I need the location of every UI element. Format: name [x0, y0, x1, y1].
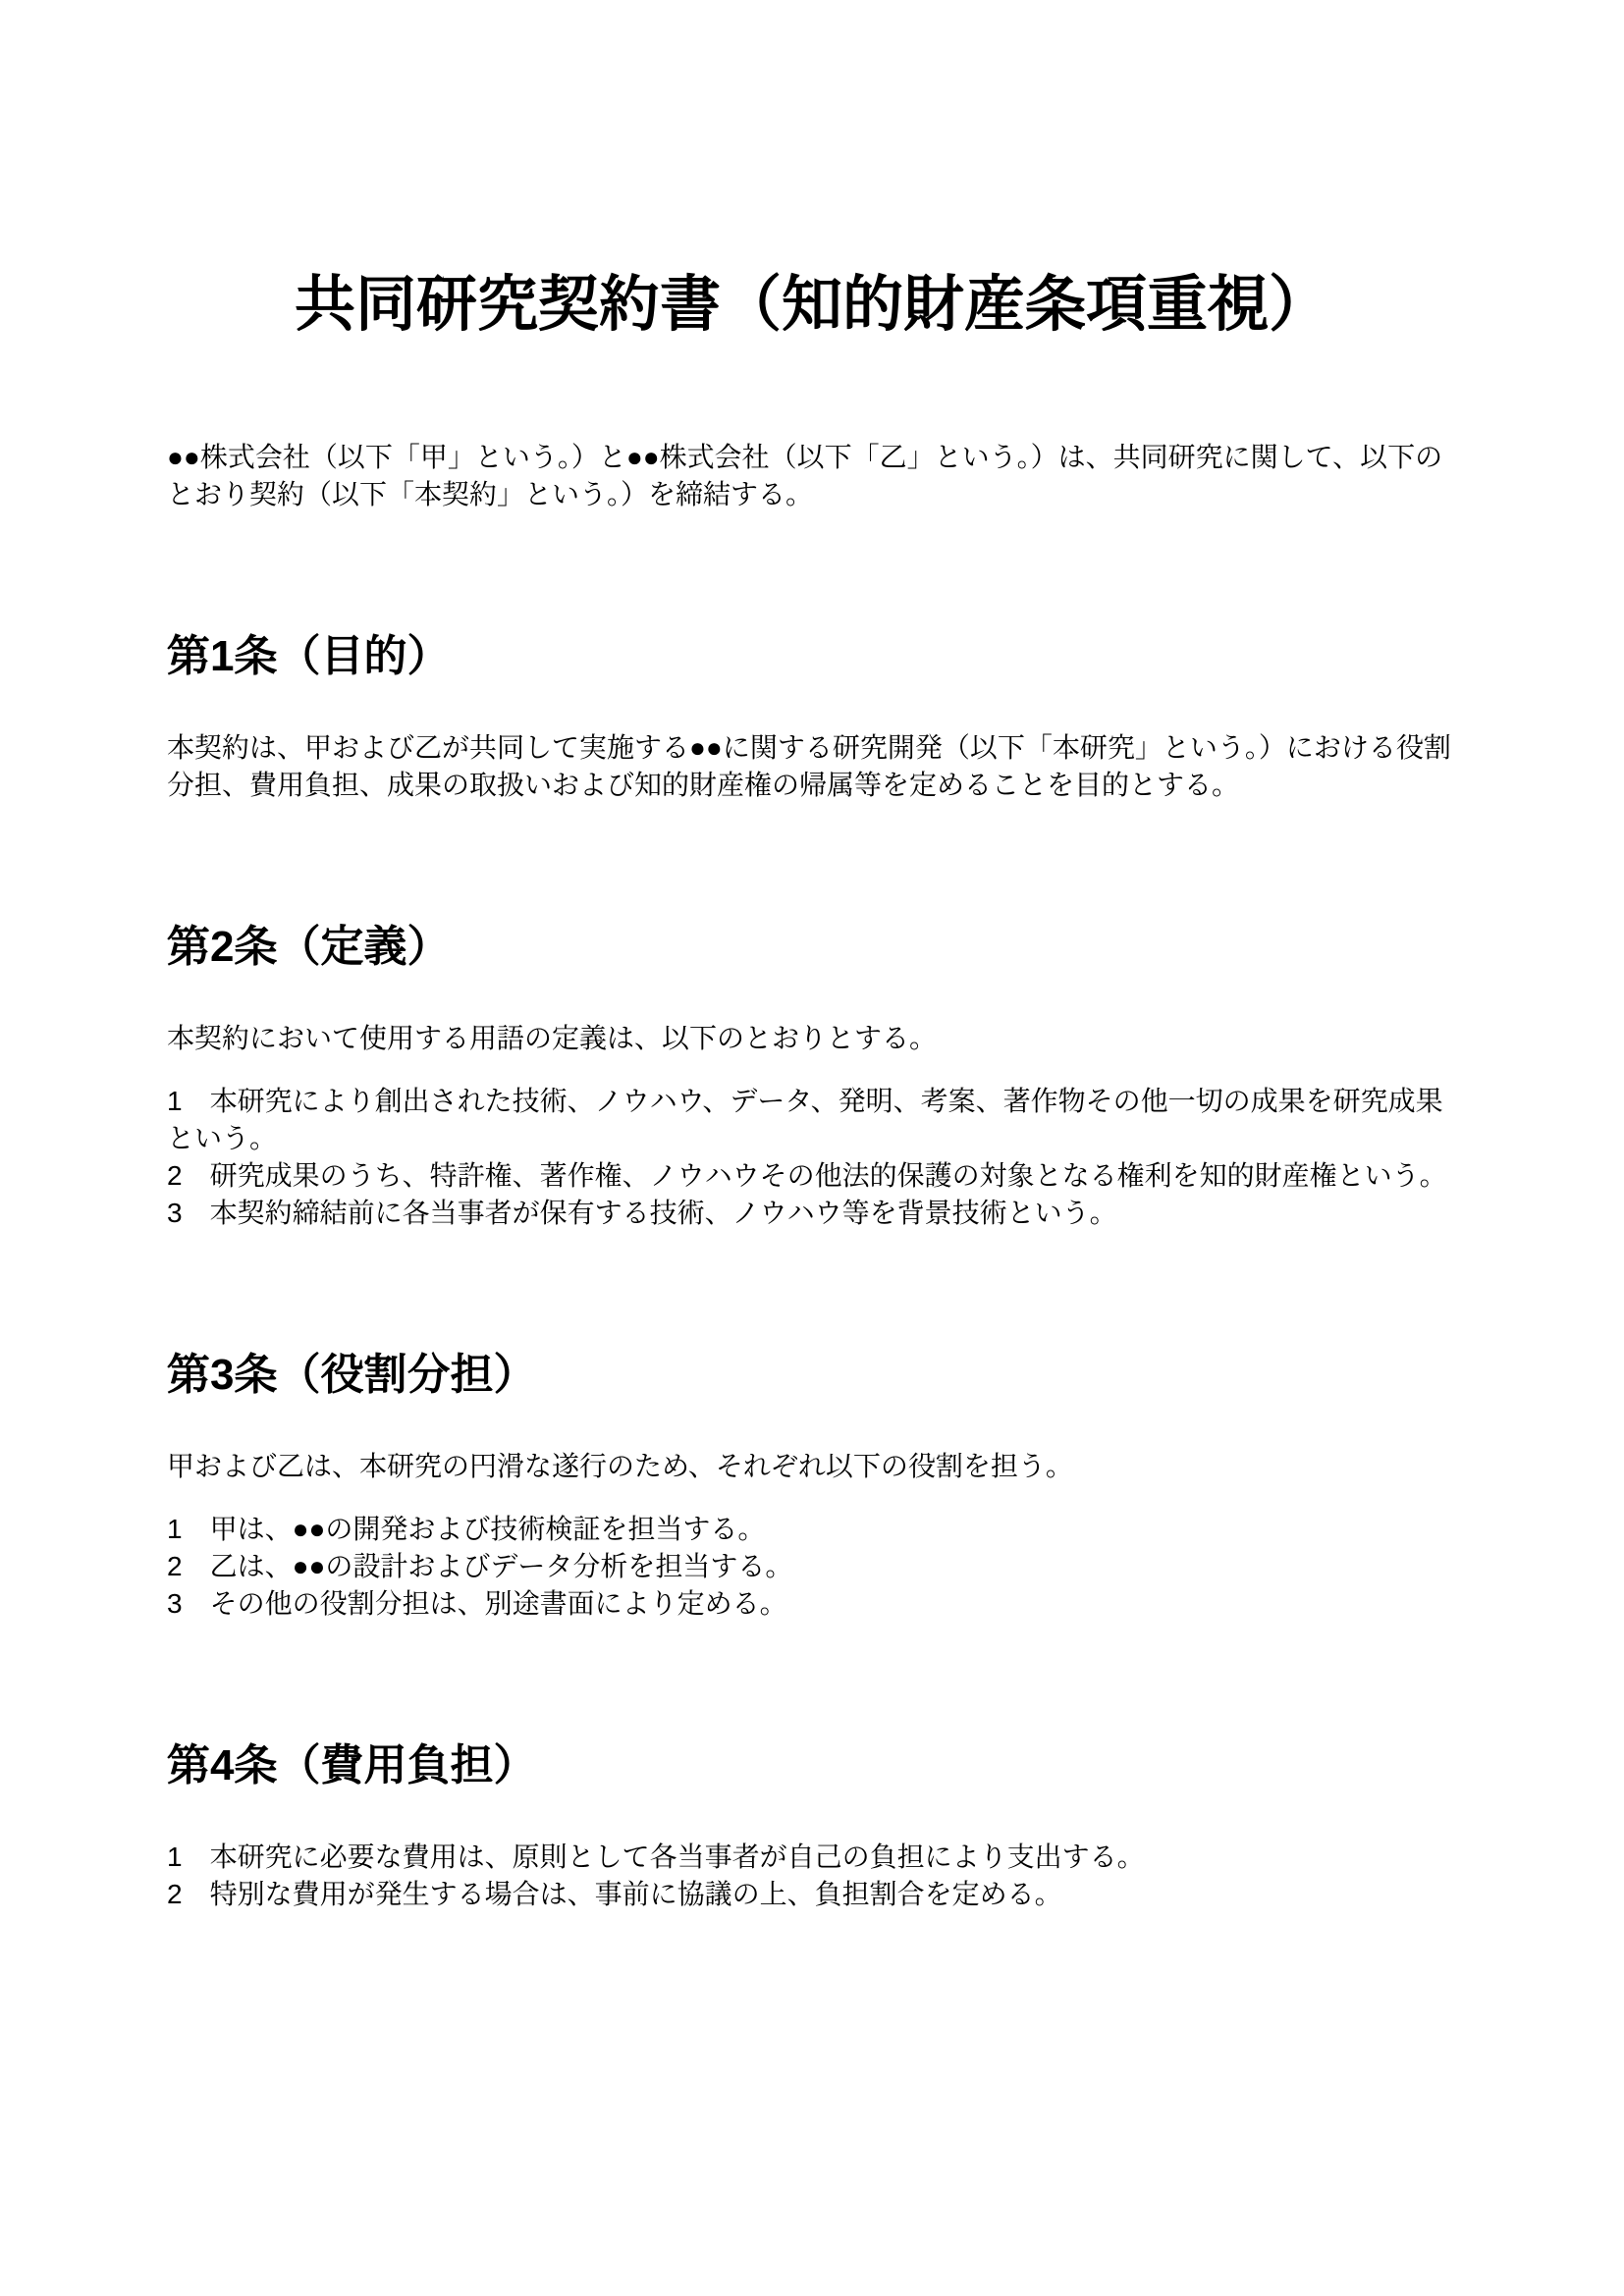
article-1-heading: 第1条（目的） — [167, 631, 1457, 682]
article-3-item-3: 3 その他の役割分担は、別途書面により定める。 — [167, 1585, 1457, 1623]
section-article-2: 第2条（定義） 本契約において使用する用語の定義は、以下のとおりとする。 1 本… — [167, 922, 1457, 1232]
article-4-heading: 第4条（費用負担） — [167, 1740, 1457, 1791]
article-3-item-2: 2 乙は、●●の設計およびデータ分析を担当する。 — [167, 1548, 1457, 1585]
section-article-3: 第3条（役割分担） 甲および乙は、本研究の円滑な遂行のため、それぞれ以下の役割を… — [167, 1350, 1457, 1623]
preamble-paragraph: ●●株式会社（以下「甲」という。）と●●株式会社（以下「乙」という。）は、共同研… — [167, 439, 1457, 513]
article-1-body: 本契約は、甲および乙が共同して実施する●●に関する研究開発（以下「本研究」という… — [167, 729, 1457, 804]
section-article-1: 第1条（目的） 本契約は、甲および乙が共同して実施する●●に関する研究開発（以下… — [167, 631, 1457, 804]
document-title: 共同研究契約書（知的財産条項重視） — [167, 270, 1457, 341]
article-4-item-1: 1 本研究に必要な費用は、原則として各当事者が自己の負担により支出する。 — [167, 1839, 1457, 1876]
article-3-item-1: 1 甲は、●●の開発および技術検証を担当する。 — [167, 1511, 1457, 1548]
article-2-item-3: 3 本契約締結前に各当事者が保有する技術、ノウハウ等を背景技術という。 — [167, 1195, 1457, 1232]
article-3-heading: 第3条（役割分担） — [167, 1350, 1457, 1401]
article-2-item-1: 1 本研究により創出された技術、ノウハウ、データ、発明、考案、著作物その他一切の… — [167, 1083, 1457, 1157]
article-3-body: 甲および乙は、本研究の円滑な遂行のため、それぞれ以下の役割を担う。 — [167, 1448, 1457, 1485]
section-article-4: 第4条（費用負担） 1 本研究に必要な費用は、原則として各当事者が自己の負担によ… — [167, 1740, 1457, 1913]
article-2-heading: 第2条（定義） — [167, 922, 1457, 973]
article-4-item-2: 2 特別な費用が発生する場合は、事前に協議の上、負担割合を定める。 — [167, 1876, 1457, 1913]
article-2-item-2: 2 研究成果のうち、特許権、著作権、ノウハウその他法的保護の対象となる権利を知的… — [167, 1157, 1457, 1195]
article-2-body: 本契約において使用する用語の定義は、以下のとおりとする。 — [167, 1020, 1457, 1057]
document-page: 共同研究契約書（知的財産条項重視） ●●株式会社（以下「甲」という。）と●●株式… — [0, 0, 1624, 2296]
